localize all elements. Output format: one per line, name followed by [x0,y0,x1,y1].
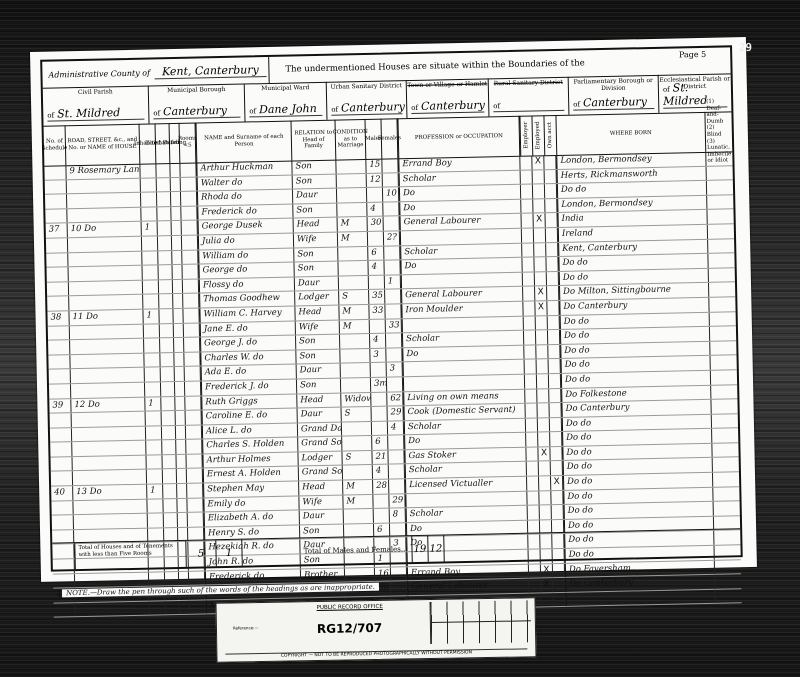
parliamentary-borough-field: Parliamentary Borough or Division ofCant… [569,75,660,115]
relation: Grand Son [299,466,343,481]
occupation: Do [404,433,526,449]
address [73,499,147,514]
address [67,207,141,222]
uninhabited [162,455,176,469]
infirmity [707,180,733,194]
rooms [188,513,204,527]
inhabited: 1 [145,397,161,411]
occupation: Errand Boy [407,564,529,580]
schedule-number: 40 [51,486,73,500]
own-account-mark [548,330,560,344]
person-name: Rhoda do [197,190,293,206]
col-own-account: Own acct [543,115,556,155]
occupation: Do [402,345,524,361]
uninhabited [162,426,176,440]
own-account-mark [548,345,560,359]
own-account-mark [548,315,560,329]
relation: Grand Daur [298,422,342,437]
col-employed: Employed [531,115,544,155]
employed-mark [541,593,553,607]
uninhabited [166,601,180,615]
age-male: 33 [369,305,385,319]
inhabited [143,295,159,309]
own-account-mark [549,374,561,388]
houses-total: 5 [186,540,217,567]
building [176,440,186,454]
inhabited [147,499,163,513]
employer-mark [528,506,540,520]
col-condition: CONDITION as to Marriage [335,119,366,160]
relation: Son [293,174,337,189]
rooms [185,367,201,381]
condition [338,261,368,275]
rooms [186,411,202,425]
own-account-mark [553,593,565,607]
folio-number: 29 [739,41,753,54]
occupation: Errand Boy [398,156,520,172]
inhabited [141,178,157,192]
person-name: Arthur Holmes [202,452,298,468]
uninhabited [161,382,175,396]
person-name: George J. do [200,336,296,352]
occupation: Scholar [402,331,524,347]
males-total: 19 [412,536,429,562]
employer-mark [522,228,534,242]
age-male: 35 [369,290,385,304]
municipal-borough-value: Canterbury [163,104,227,118]
relation: Wife [294,233,338,248]
town-value: Canterbury [421,98,485,112]
infirmity [710,312,736,326]
uninhabited [160,338,174,352]
employed-mark [537,374,549,388]
address: 9 Rosemary Lane [66,164,140,179]
building [171,192,181,206]
field-value: ofSt. Mildred [47,106,144,122]
field-value: ofCanterbury [331,100,402,115]
houses-total-label: Total of Houses and of Tenements with le… [74,541,187,569]
schedule-number [47,267,69,281]
relation: Daur [293,189,337,204]
col-address: ROAD, STREET, &c., and No. or NAME of HO… [66,124,141,166]
own-account-mark [544,155,556,169]
age-female [388,436,404,450]
employed-mark [536,345,548,359]
employer-mark [526,447,538,461]
field-label: Municipal Ward [245,84,326,93]
employer-mark [523,272,535,286]
inhabited [150,601,166,615]
inhabited: 1 [147,484,163,498]
infirmity [712,429,738,443]
rooms [181,206,197,220]
employer-mark [520,156,532,170]
inhabited [146,426,162,440]
address [69,295,143,310]
uninhabited [159,309,173,323]
building [175,367,185,381]
person-name: Charles W. do [200,350,296,366]
inhabited [145,368,161,382]
person-name: Flossy do [199,277,295,293]
infirmity [712,414,738,428]
age-male: 6 [372,436,388,450]
person-name: William do [198,248,294,264]
age-female: 1 [385,275,401,289]
relation: Head [299,481,343,496]
person-name: Walter do [197,175,293,191]
schedule-number [50,428,72,442]
rooms [183,308,199,322]
condition [338,247,368,261]
employer-mark [529,579,541,593]
uninhabited [158,251,172,265]
town-village-field: Town or Village or Hamlet ofCanterbury [407,78,490,118]
own-account-mark [545,170,557,184]
occupation [403,375,525,391]
condition [339,276,369,290]
address [74,514,148,529]
occupation: Licensed Victualler [405,477,527,493]
address: 13 Do [73,485,147,500]
employed-mark: X [532,155,544,169]
age-male [372,407,388,421]
relation: Head [297,393,341,408]
rooms [184,338,200,352]
schedule-number [45,209,67,223]
age-male [371,363,387,377]
rooms [181,192,197,206]
relation: Son [293,203,337,218]
municipal-ward-field: Municipal Ward ofDane John [245,82,328,122]
inhabited [143,266,159,280]
age-female [389,479,405,493]
of-prefix: of [249,107,256,115]
archive-label: PUBLIC RECORD OFFICE Reference:— RG12/70… [216,597,537,663]
employer-mark [522,243,534,257]
employer-mark [527,491,539,505]
age-female [382,158,398,172]
relation: Son [292,160,336,175]
infirmity [707,166,733,180]
employer-mark [523,301,535,315]
field-value: ofCanterbury [153,104,240,120]
uninhabited [161,367,175,381]
address [67,193,141,208]
col-age-females: Females [381,118,398,158]
infirmity [714,501,740,515]
occupation: Scholar [405,462,527,478]
infirmity [711,370,737,384]
females-total: 12 [428,535,445,561]
rooms [183,279,199,293]
age-female [386,348,402,362]
col-occupation: PROFESSION or OCCUPATION [397,116,520,159]
age-female [384,260,400,274]
within-boundaries-text: The undermentioned Houses are situate wi… [269,55,730,75]
address [67,178,141,193]
age-female [387,377,403,391]
infirmity [711,385,737,399]
infirmity [713,458,739,472]
employer-mark [521,185,533,199]
age-male: 4 [373,465,389,479]
person-name: Frederick do [197,204,293,220]
rooms [187,469,203,483]
infirmity [707,195,733,209]
age-male [371,392,387,406]
employed-mark [533,184,545,198]
condition: M [338,217,368,231]
age-female: 8 [390,508,406,522]
uninhabited [157,207,171,221]
tenements-total: 1 [216,540,243,567]
archive-reference: RG12/707 [317,621,382,636]
employer-mark [522,214,534,228]
civil-parish-field: Civil Parish ofSt. Mildred [43,86,150,126]
rooms [186,440,202,454]
condition: S [342,407,372,421]
own-account-mark [549,403,561,417]
condition [337,203,367,217]
condition: M [343,495,373,509]
own-account-mark [545,184,557,198]
inhabited [141,207,157,221]
employed-mark: X [538,447,550,461]
age-female [391,567,407,581]
occupation: Scholar [406,506,528,522]
inhabited [144,353,160,367]
building [176,426,186,440]
relation: Wife [296,320,340,335]
employer-mark [521,170,533,184]
field-value: ofCanterbury [411,99,484,115]
address [70,339,144,354]
building [172,265,182,279]
condition: Widow [341,392,371,406]
employed-mark: X [535,301,547,315]
occupation: Scholar [404,418,526,434]
rooms [184,323,200,337]
age-male [369,275,385,289]
age-male: 21 [372,450,388,464]
age-female: 29 [388,406,404,420]
relation: Lodger [298,451,342,466]
occupation: General Labourer [401,287,523,303]
occupation: Scholar [399,170,521,186]
person-name: Caroline E. do [202,409,298,425]
age-male [368,232,384,246]
person-name: Charles S. Holden [202,438,298,454]
address [72,412,146,427]
own-account-mark [549,359,561,373]
age-male: 4 [368,261,384,275]
employed-mark [536,316,548,330]
age-male: 4 [370,334,386,348]
relation: Son [294,262,338,277]
employer-mark [522,258,534,272]
schedule-number [53,574,75,588]
inhabited [148,514,164,528]
own-account-mark [552,505,564,519]
age-male: 3mo [371,378,387,392]
schedule-number [54,603,76,617]
condition: S [339,290,369,304]
rural-sanitary-district-field: Rural Sanitary District of [489,77,570,117]
of-prefix: of [153,109,160,117]
person-name: Julia do [198,233,294,249]
occupation: Gas Stoker [404,448,526,464]
employed-mark [535,272,547,286]
infirmity [710,341,736,355]
occupation [401,272,523,288]
employed-mark [534,257,546,271]
relation: Lodger [295,291,339,306]
schedule-number [49,370,71,384]
infirmity [713,472,739,486]
relation: Daur [297,364,341,379]
inhabited [146,455,162,469]
condition: S [342,451,372,465]
rooms [187,498,203,512]
rooms [180,163,196,177]
employer-mark [523,287,535,301]
condition [342,436,372,450]
condition [341,378,371,392]
field-label: Parliamentary Borough or Division [569,77,658,93]
birthplace [565,590,715,607]
employed-mark [539,491,551,505]
age-female [383,173,399,187]
address: 12 Do [71,397,145,412]
employer-mark [524,331,536,345]
building [173,294,183,308]
relation: Son [297,378,341,393]
rooms [182,235,198,249]
uninhabited [158,221,172,235]
age-male: 4 [367,202,383,216]
uninhabited [160,353,174,367]
own-account-mark [550,418,562,432]
address [70,353,144,368]
schedule-number [51,501,73,515]
of-prefix: of [573,100,580,108]
inhabited [140,163,156,177]
building [172,221,182,235]
rooms [182,221,198,235]
employer-mark [525,389,537,403]
col-schedule: No. of Schedule [44,125,67,165]
own-account-mark [550,447,562,461]
address [72,441,146,456]
employer-mark [529,564,541,578]
condition [341,363,371,377]
employed-mark [540,505,552,519]
person-name: Ruth Griggs [201,394,297,410]
relation: Son [294,247,338,262]
col-employer: Employer [519,116,532,156]
copyright-notice: COPYRIGHT — NOT TO BE REPRODUCED PHOTOGR… [225,648,527,659]
rooms [181,177,197,191]
address [76,601,150,616]
col-relation: RELATION to Head of Family [291,120,336,161]
occupation: General Labourer [407,579,529,595]
inhabited [144,338,160,352]
infirmity [708,239,734,253]
archive-reference-label: Reference:— [233,625,259,630]
civil-parish-value: St. Mildred [57,106,120,120]
age-male [372,421,388,435]
schedule-number [45,180,67,194]
employed-mark: X [534,214,546,228]
condition [340,349,370,363]
building [176,455,186,469]
urban-sanitary-value: Canterbury [341,100,405,114]
uninhabited [156,163,170,177]
address [75,572,149,587]
age-female: 3 [387,363,403,377]
building [170,163,180,177]
occupation [403,360,525,376]
own-account-mark: X [551,476,563,490]
age-female [384,217,400,231]
infirmity [711,356,737,370]
page-label: Page 5 [679,50,706,60]
occupation: Scholar [400,243,522,259]
schedule-number [52,515,74,529]
age-female [385,290,401,304]
inhabited [149,572,165,586]
own-account-mark [546,243,558,257]
address [68,251,142,266]
uninhabited [162,411,176,425]
age-female: 33 [386,319,402,333]
person-name: Frederick do [205,569,301,585]
relation: Son [296,335,340,350]
infirmity [708,253,734,267]
condition [340,334,370,348]
rooms [182,250,198,264]
address [70,324,144,339]
uninhabited [157,178,171,192]
infirmity [715,589,741,603]
inhabited [147,470,163,484]
infirmity [709,268,735,282]
employer-mark [525,374,537,388]
address [73,470,147,485]
age-male [367,188,383,202]
employer-mark [525,360,537,374]
age-female: 10 [383,187,399,201]
own-account-mark [553,564,565,578]
employer-mark [525,404,537,418]
occupation [402,316,524,332]
age-female: 2? [384,231,400,245]
of-prefix: of [47,112,54,120]
of-prefix: of [663,86,670,94]
relation: Brother [301,568,345,583]
infirmity [708,224,734,238]
relation: Daur [300,510,344,525]
schedule-number [46,238,68,252]
schedule-number: 39 [49,399,71,413]
employed-mark [538,432,550,446]
person-name: William C. Harvey [199,306,295,322]
condition [337,174,367,188]
of-prefix: of [411,104,418,112]
own-account-mark [547,286,559,300]
inhabited [144,324,160,338]
